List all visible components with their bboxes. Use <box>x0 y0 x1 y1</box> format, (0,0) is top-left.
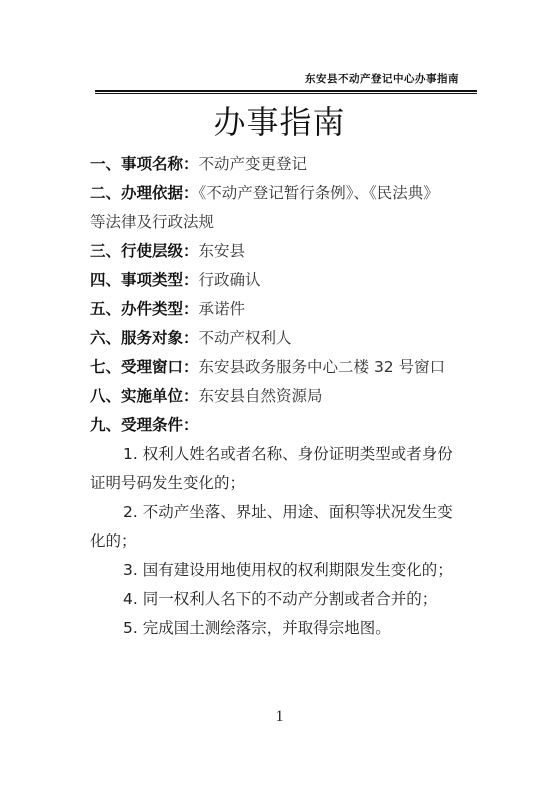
item-label: 二、办理依据： <box>90 184 199 202</box>
header-rule-thin <box>95 93 477 94</box>
item-value: 不动产权利人 <box>199 329 292 347</box>
condition-5: 5. 完成国土测绘落宗，并取得宗地图。 <box>90 614 480 643</box>
item-value: 东安县自然资源局 <box>199 387 323 405</box>
item-type: 四、事项类型：行政确认 <box>90 266 480 295</box>
item-conditions: 九、受理条件： <box>90 411 480 440</box>
item-name: 一、事项名称：不动产变更登记 <box>90 150 480 179</box>
item-basis-continued: 等法律及行政法规 <box>90 208 480 237</box>
header-rule-thick <box>95 90 477 92</box>
item-label: 四、事项类型： <box>90 271 199 289</box>
item-value: 东安县政务服务中心二楼 32 号窗口 <box>199 358 446 376</box>
condition-1-continued: 证明号码发生变化的； <box>90 469 480 498</box>
item-value: 不动产变更登记 <box>199 155 308 173</box>
item-service-target: 六、服务对象：不动产权利人 <box>90 324 480 353</box>
item-label: 六、服务对象： <box>90 329 199 347</box>
condition-3: 3. 国有建设用地使用权的权利期限发生变化的； <box>90 556 480 585</box>
condition-4: 4. 同一权利人名下的不动产分割或者合并的； <box>90 585 480 614</box>
item-label: 一、事项名称： <box>90 155 199 173</box>
item-value: 行政确认 <box>199 271 261 289</box>
item-value-continued: 等法律及行政法规 <box>90 213 214 231</box>
item-value: 《不动产登记暂行条例》、《民法典》 <box>199 184 439 202</box>
item-label: 七、受理窗口： <box>90 358 199 376</box>
item-value: 东安县 <box>199 242 246 260</box>
condition-1: 1. 权利人姓名或者名称、身份证明类型或者身份 <box>90 440 480 469</box>
item-unit: 八、实施单位：东安县自然资源局 <box>90 382 480 411</box>
document-title: 办事指南 <box>0 100 559 144</box>
item-level: 三、行使层级：东安县 <box>90 237 480 266</box>
item-case-type: 五、办件类型：承诺件 <box>90 295 480 324</box>
item-basis: 二、办理依据：《不动产登记暂行条例》、《民法典》 <box>90 179 480 208</box>
item-value: 承诺件 <box>199 300 246 318</box>
condition-2-continued: 化的； <box>90 527 480 556</box>
item-label: 三、行使层级： <box>90 242 199 260</box>
item-label: 九、受理条件： <box>90 416 199 434</box>
item-window: 七、受理窗口：东安县政务服务中心二楼 32 号窗口 <box>90 353 480 382</box>
item-label: 五、办件类型： <box>90 300 199 318</box>
item-label: 八、实施单位： <box>90 387 199 405</box>
running-header-title: 东安县不动产登记中心办事指南 <box>95 72 477 86</box>
condition-2: 2. 不动产坐落、界址、用途、面积等状况发生变 <box>90 498 480 527</box>
guide-content: 一、事项名称：不动产变更登记 二、办理依据：《不动产登记暂行条例》、《民法典》 … <box>90 150 480 643</box>
page-number: 1 <box>0 708 559 726</box>
running-header: 东安县不动产登记中心办事指南 <box>95 72 477 94</box>
